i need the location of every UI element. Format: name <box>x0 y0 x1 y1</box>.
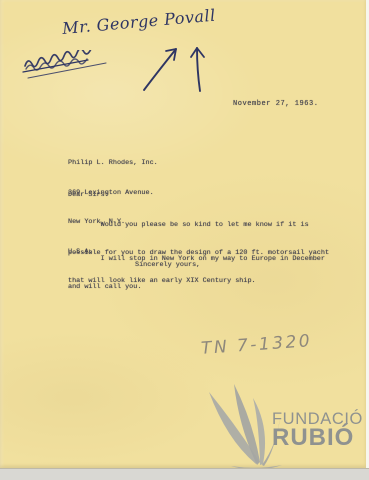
scan-edge-bottom <box>0 468 369 480</box>
letter-date: November 27, 1963. <box>233 100 319 109</box>
body-line: Would you please be so kind to let me kn… <box>68 221 329 230</box>
recipient-line: Philip L. Rhodes, Inc. <box>68 159 158 169</box>
scanned-letter: Mr. George Povall November 27, 1963. Phi… <box>0 0 369 480</box>
logo-text: FUNDACIÓ RUBIÓ <box>272 411 363 450</box>
agave-leaf-icon <box>203 382 283 468</box>
salutation: Dear Sirs: <box>68 191 109 200</box>
logo-org-name-line2: RUBIÓ <box>272 426 363 450</box>
body-line: and will call you. <box>68 283 325 292</box>
arrow-up-right-icon <box>144 49 176 90</box>
closing-line: Sincerely yours, <box>135 261 200 270</box>
arrow-up-icon <box>191 48 204 91</box>
crossed-out-scribble <box>22 50 112 82</box>
handwritten-arrows <box>138 40 216 94</box>
body-paragraph-2: I will stop in New York on my way to Eur… <box>68 236 325 311</box>
fundacio-rubio-watermark: FUNDACIÓ RUBIÓ <box>203 382 369 468</box>
